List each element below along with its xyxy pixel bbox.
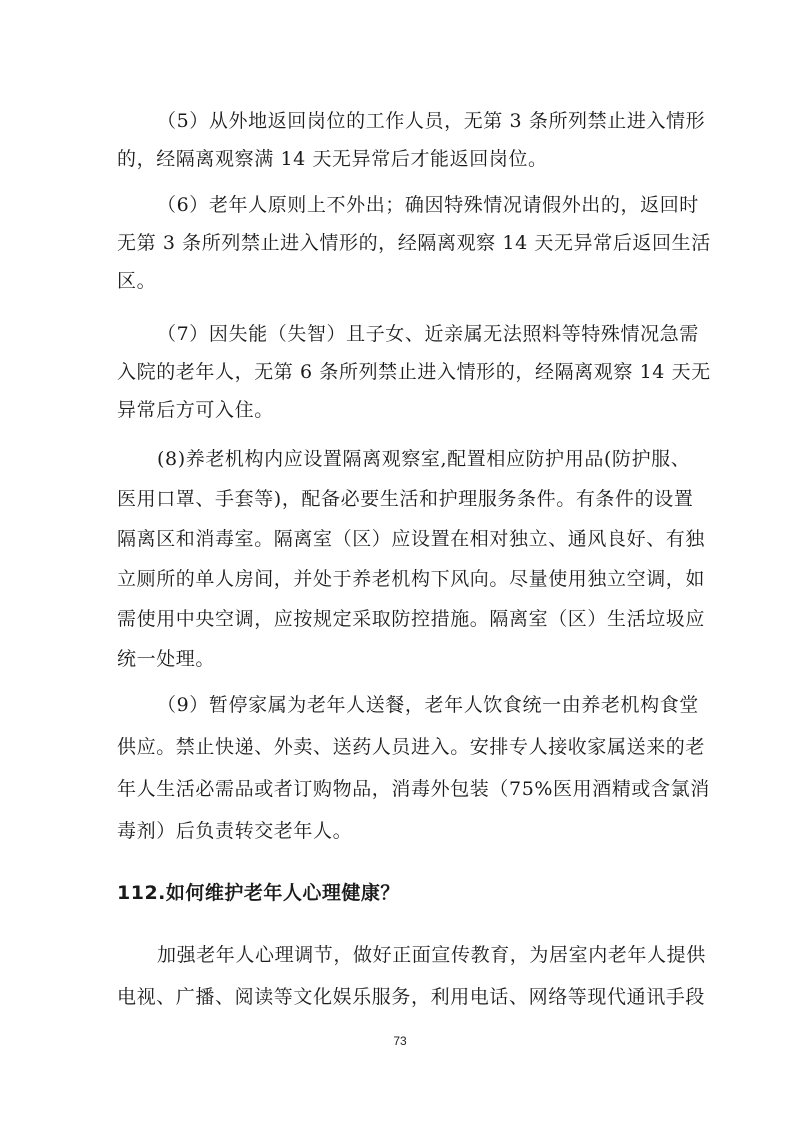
item-5-line-2: 的，经隔离观察满 14 天无异常后才能返回岗位。 (117, 140, 548, 178)
item-8-line-2: 医用口罩、手套等)，配备必要生活和护理服务条件。有条件的设置 (117, 480, 693, 518)
section-heading: 112.如何维护老年人心理健康？ (117, 874, 400, 912)
item-9-line-1: （9）暂停家属为老年人送餐，老年人饮食统一由养老机构食堂 (157, 686, 699, 724)
item-8-line-4: 立厕所的单人房间，并处于养老机构下风向。尽量使用独立空调，如 (117, 560, 705, 598)
item-7-line-1: （7）因失能（失智）且子女、近亲属无法照料等特殊情况急需 (157, 315, 699, 353)
item-6-line-2: 无第 3 条所列禁止进入情形的，经隔离观察 14 天无异常后返回生活 (117, 224, 711, 262)
item-6-line-1: （6）老年人原则上不外出；确因特殊情况请假外出的，返回时 (157, 186, 699, 224)
item-9-line-3: 年人生活必需品或者订购物品，消毒外包装（75%医用酒精或含氯消 (117, 770, 710, 808)
answer-line-1: 加强老年人心理调节，做好正面宣传教育，为居室内老年人提供 (157, 936, 706, 974)
item-8-line-6: 统一处理。 (117, 640, 215, 678)
item-9-line-4: 毒剂）后负责转交老年人。 (117, 812, 352, 850)
item-9-line-2: 供应。禁止快递、外卖、送药人员进入。安排专人接收家属送来的老 (117, 728, 705, 766)
item-7-line-2: 入院的老年人，无第 6 条所列禁止进入情形的，经隔离观察 14 天无 (117, 353, 711, 391)
item-6-line-3: 区。 (117, 262, 156, 300)
page-number: 73 (0, 1034, 800, 1048)
item-8-line-1: (8)养老机构内应设置隔离观察室,配置相应防护用品(防护服、 (157, 440, 690, 478)
item-5-line-1: （5）从外地返回岗位的工作人员，无第 3 条所列禁止进入情形 (157, 102, 705, 140)
answer-line-2: 电视、广播、阅读等文化娱乐服务，利用电话、网络等现代通讯手段 (117, 978, 705, 1016)
item-8-line-5: 需使用中央空调，应按规定采取防控措施。隔离室（区）生活垃圾应 (117, 600, 705, 638)
item-7-line-3: 异常后方可入住。 (117, 391, 274, 429)
item-8-line-3: 隔离区和消毒室。隔离室（区）应设置在相对独立、通风良好、有独 (117, 520, 705, 558)
